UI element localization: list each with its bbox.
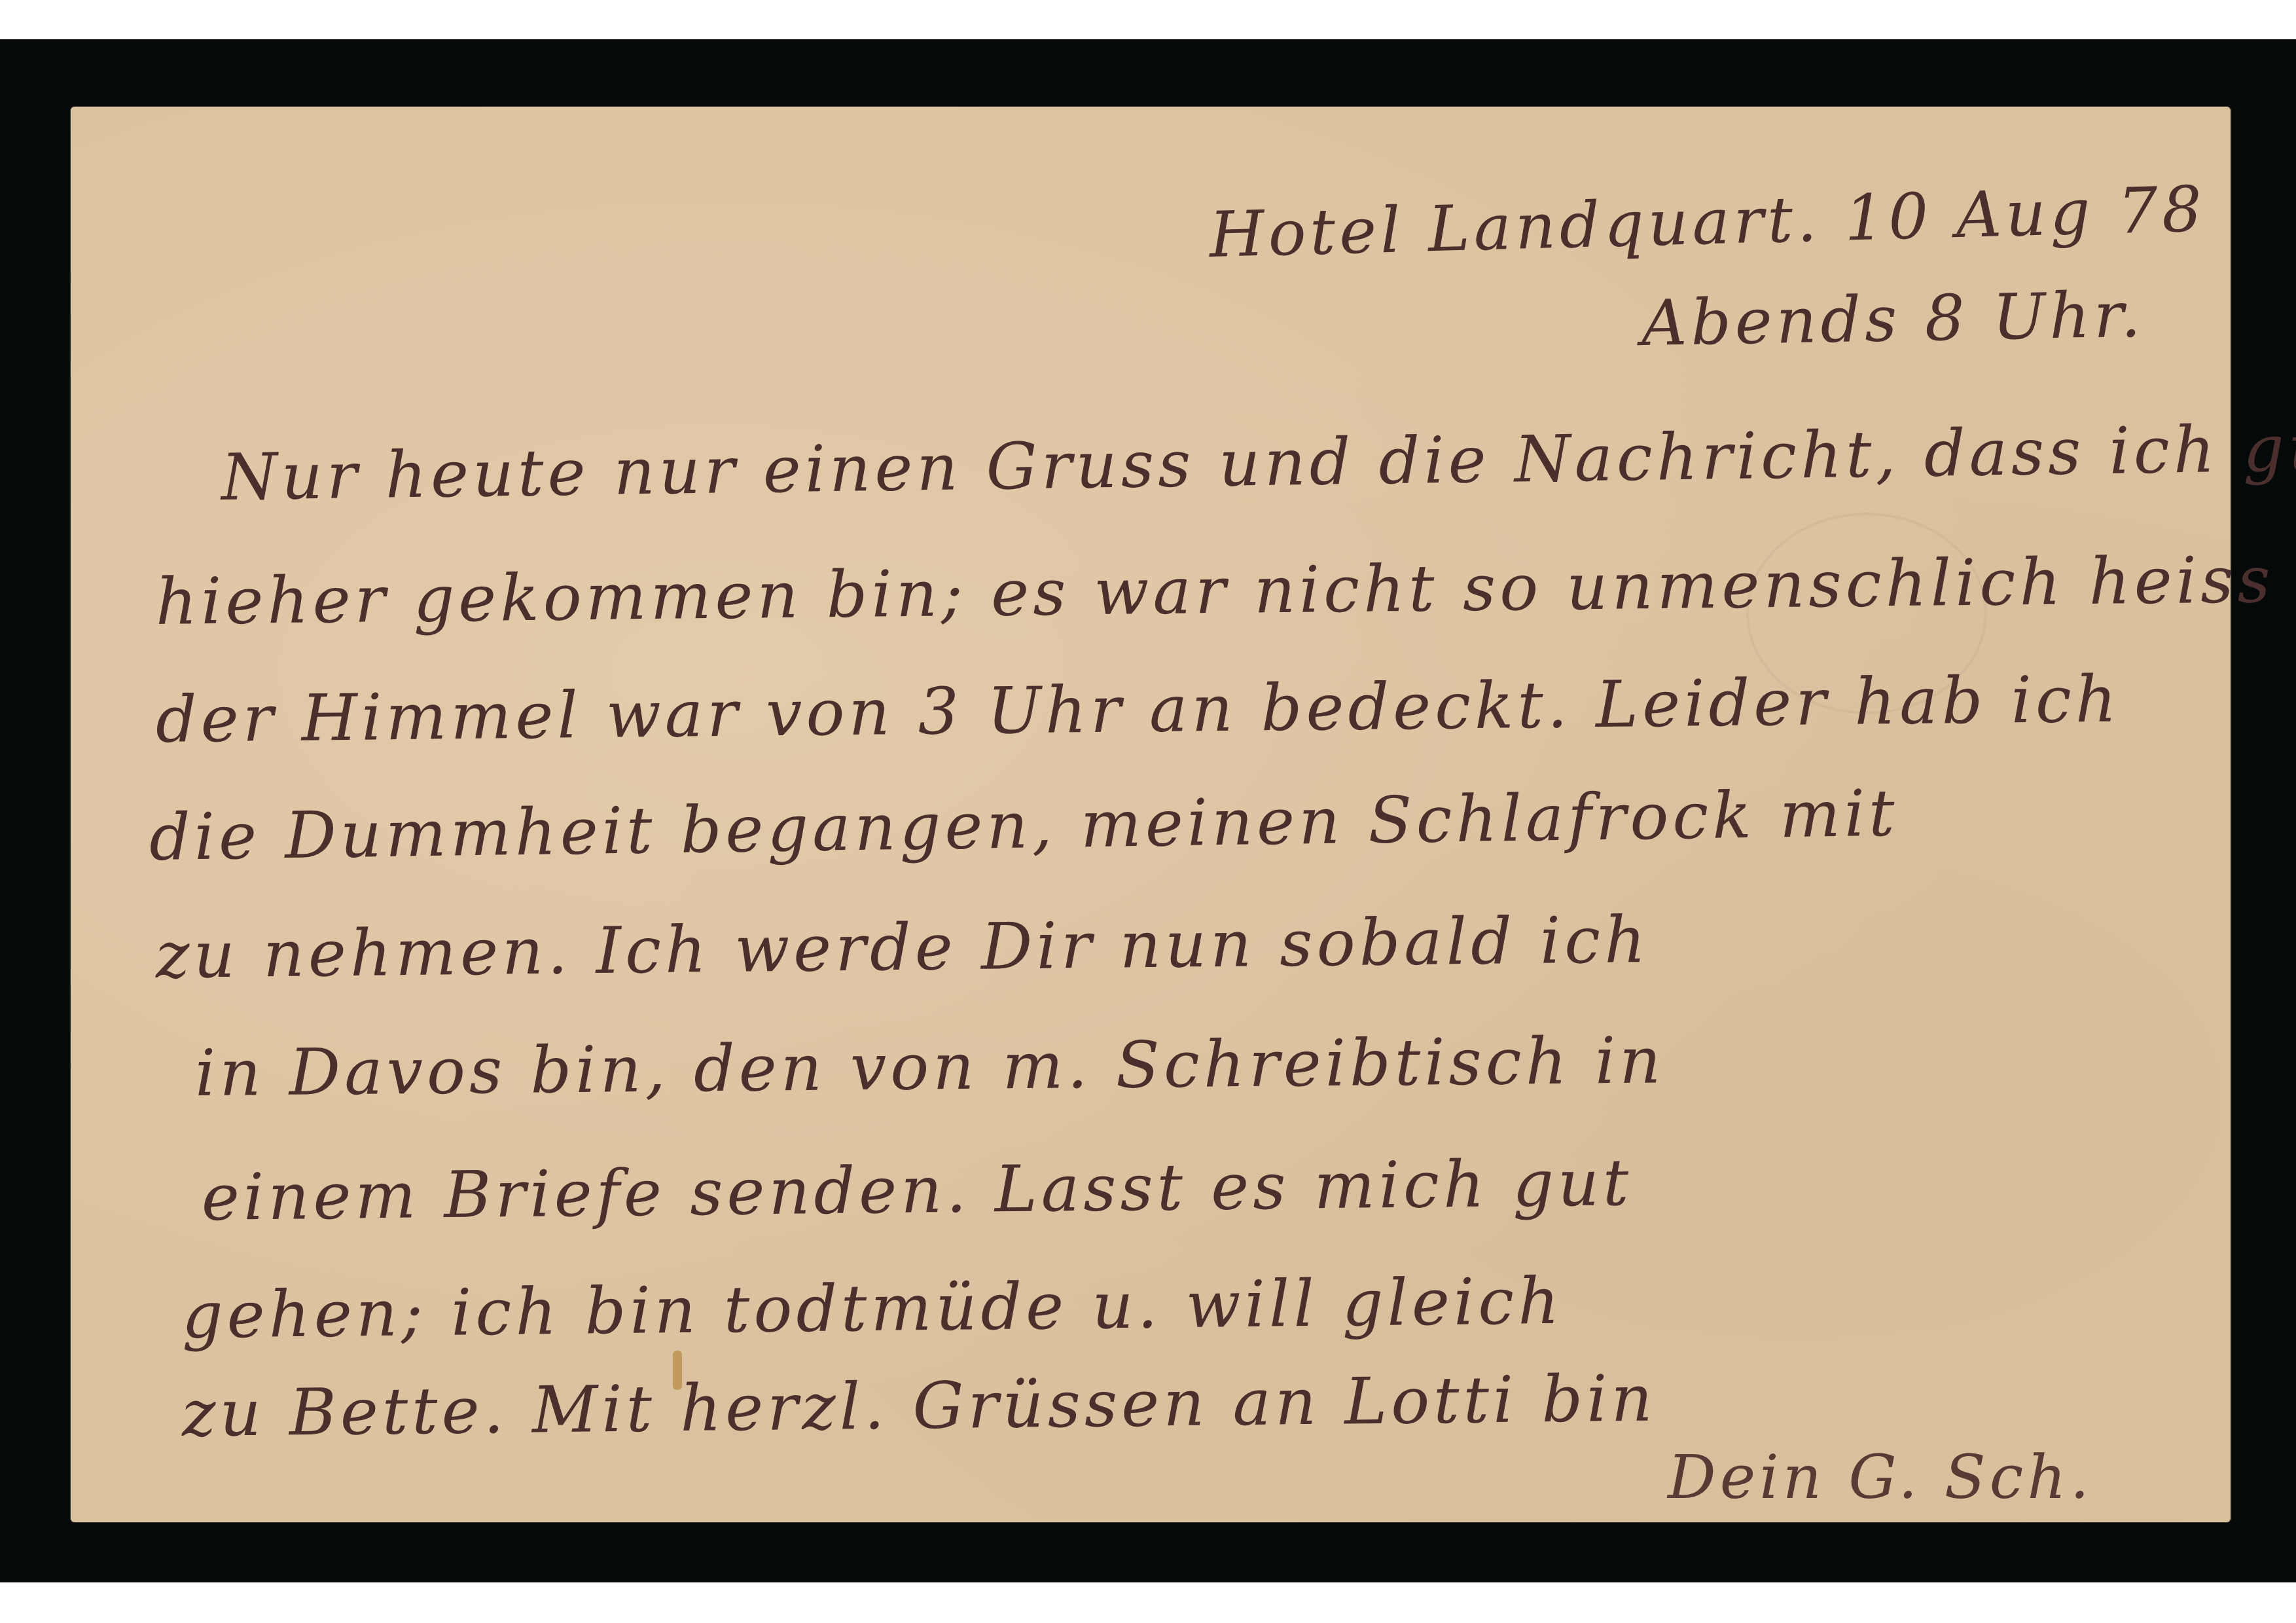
header-time: Abends 8 Uhr. [1641, 278, 2145, 360]
body-line-4: die Dummheit begangen, meinen Schlafrock… [149, 776, 1899, 875]
header-place-date: Hotel Landquart. 10 Aug 78 [1209, 172, 2207, 272]
signature: Dein G. Sch. [1668, 1442, 2093, 1512]
body-line-3: der Himmel war von 3 Uhr an bedeckt. Lei… [155, 663, 2121, 757]
body-line-1: Nur heute nur einen Gruss und die Nachri… [221, 410, 2296, 515]
postcard: Hotel Landquart. 10 Aug 78 Abends 8 Uhr.… [71, 107, 2231, 1522]
body-line-5: zu nehmen. Ich werde Dir nun sobald ich [155, 903, 1649, 993]
body-line-9: zu Bette. Mit herzl. Grüssen an Lotti bi… [181, 1361, 1657, 1451]
body-line-6: in Davos bin, den von m. Schreibtisch in [195, 1023, 1665, 1111]
body-line-8: gehen; ich bin todtmüde u. will gleich [181, 1264, 1563, 1353]
body-line-7: einem Briefe senden. Lasst es mich gut [201, 1146, 1632, 1235]
